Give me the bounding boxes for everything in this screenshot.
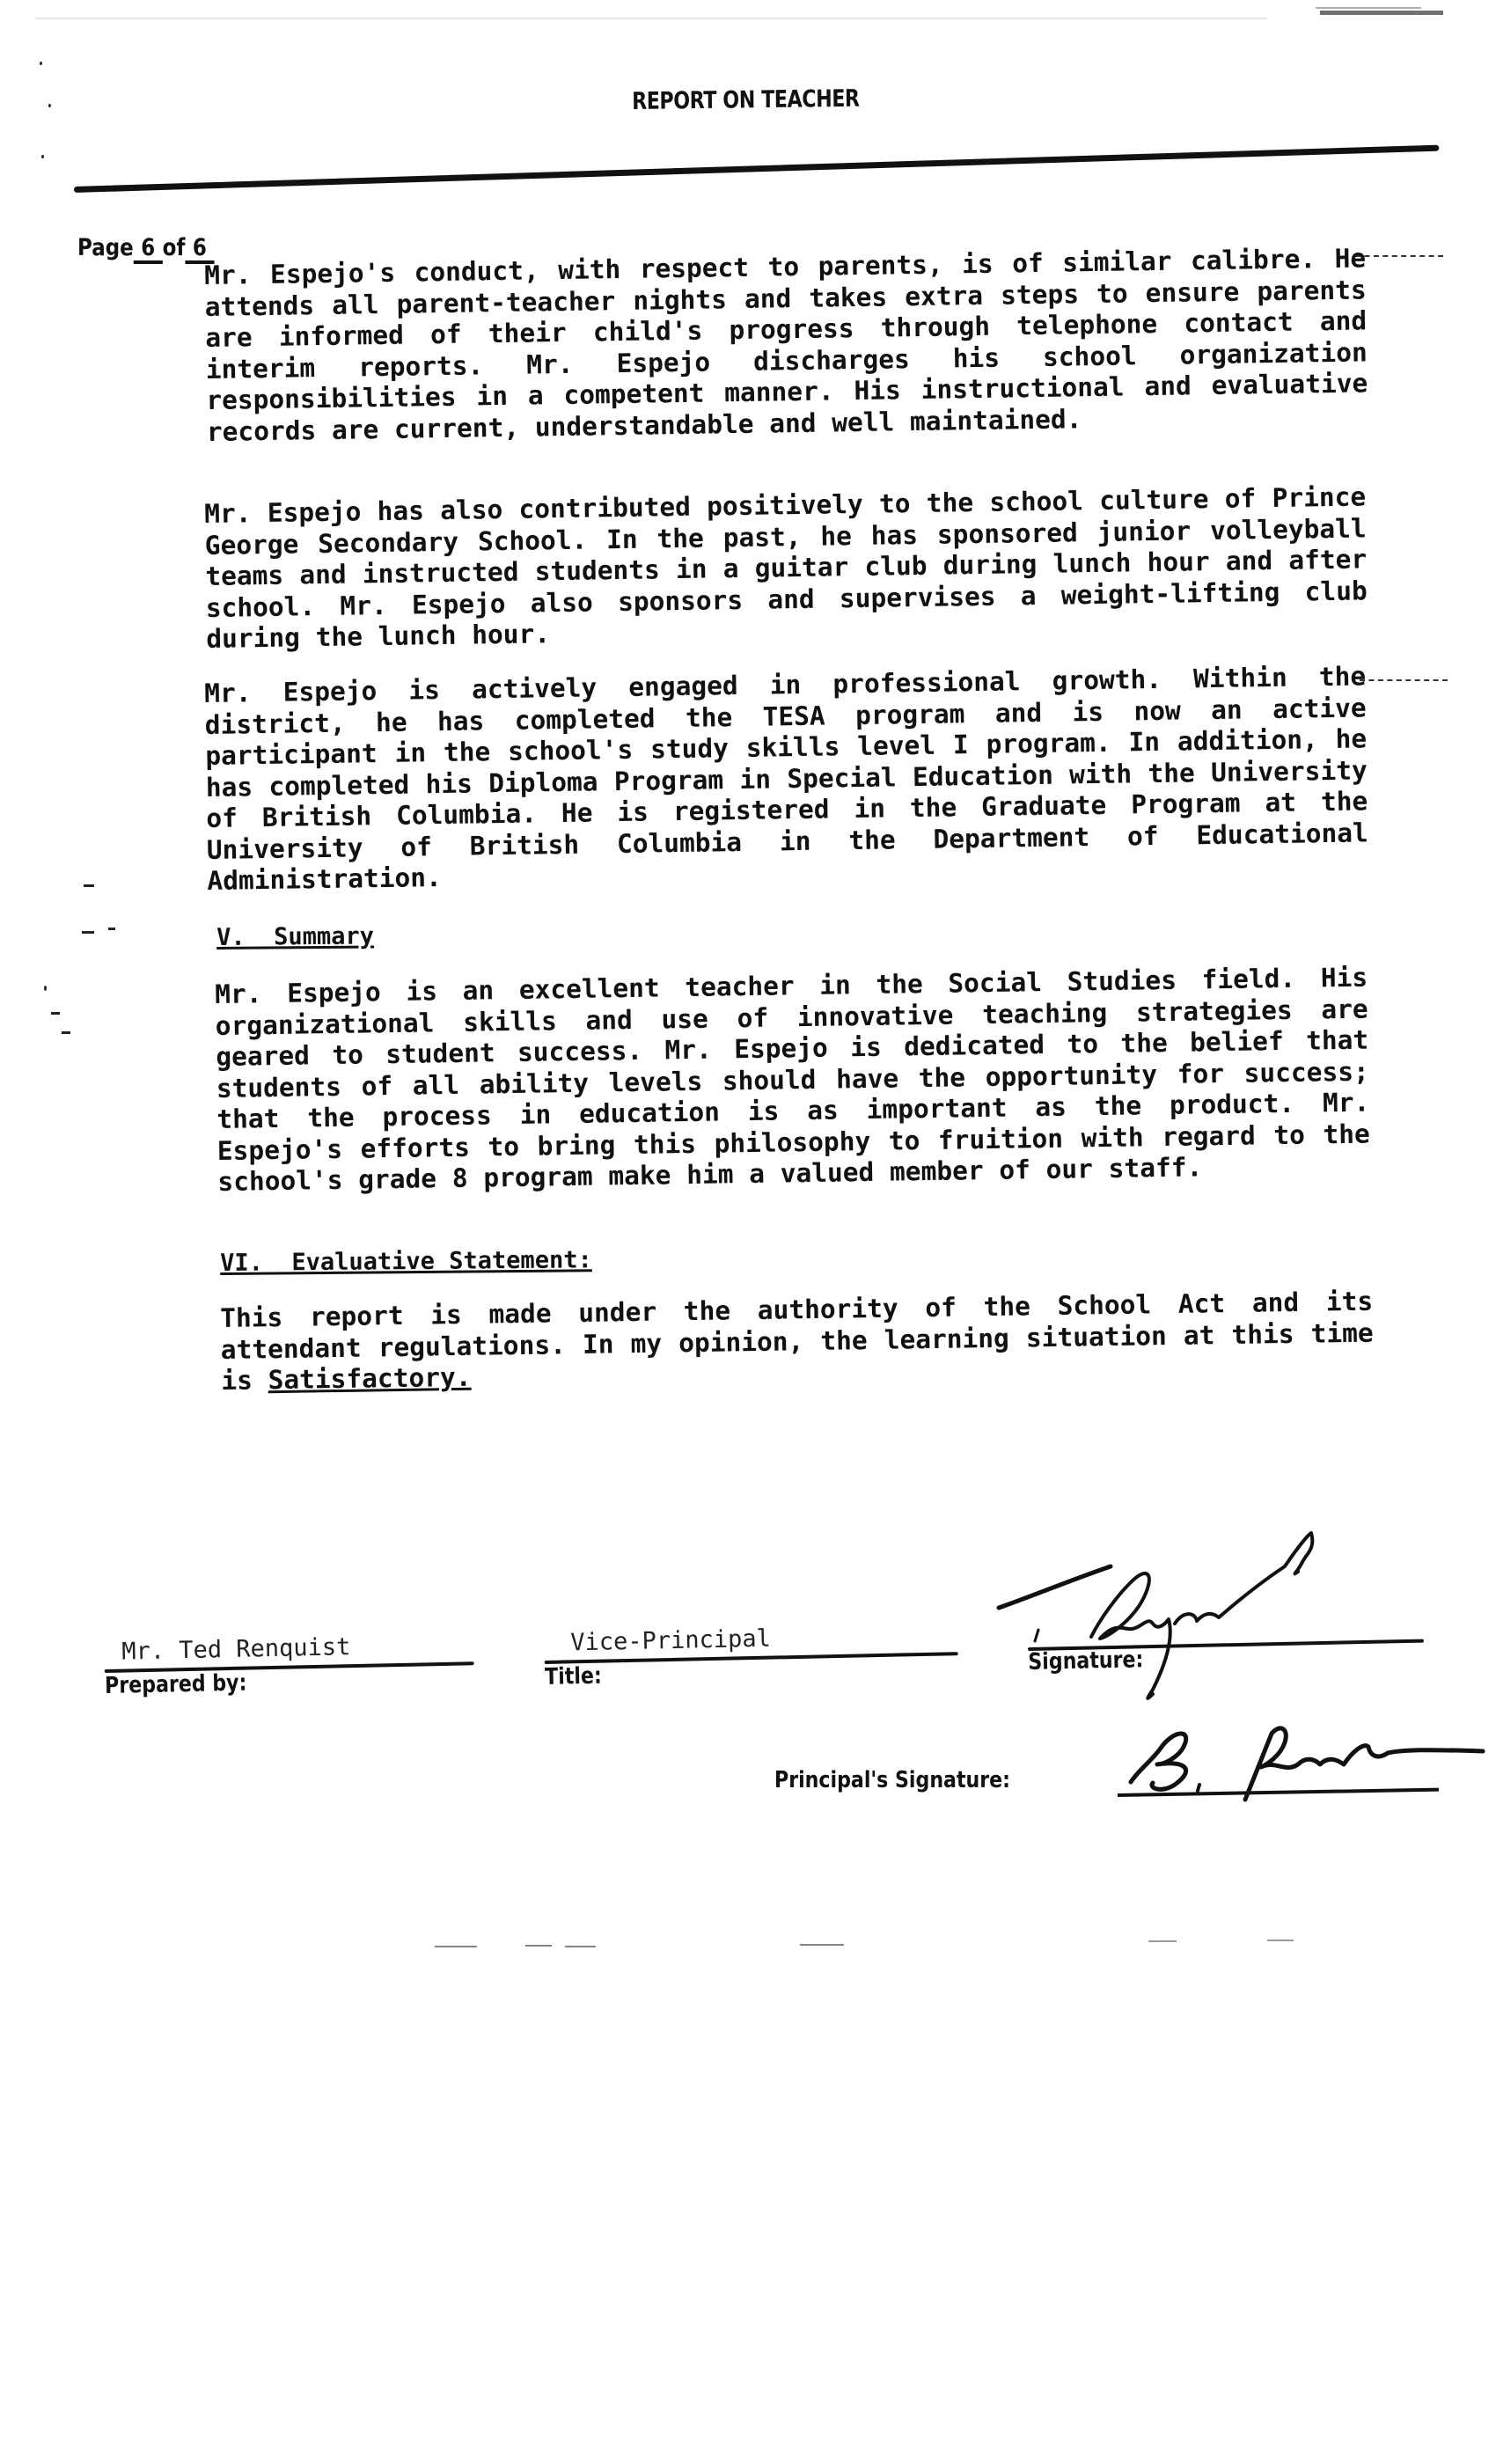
prepared-by-label: Prepared by:: [105, 1667, 420, 1699]
section-body-summary: Mr. Espejo is an excellent teacher in th…: [215, 963, 1371, 1199]
paragraph-school-culture: Mr. Espejo has also contributed positive…: [204, 481, 1368, 655]
paragraph-text: Mr. Espejo is an excellent teacher in th…: [215, 963, 1371, 1199]
paragraph-parents: Mr. Espejo's conduct, with respect to pa…: [204, 243, 1368, 448]
scan-noise: [1148, 1940, 1177, 1942]
margin-mark: [51, 1012, 60, 1015]
section-body-evaluative: This report is made under the authority …: [220, 1287, 1374, 1397]
prepared-by-field: Mr. Ted Renquist Prepared by:: [104, 1631, 474, 1699]
page-of-label: of: [163, 234, 186, 261]
header-rule: [74, 145, 1439, 193]
page-current: 6: [134, 236, 163, 264]
section-heading-evaluative: VI. Evaluative Statement:: [220, 1246, 592, 1277]
margin-mark: [40, 62, 42, 65]
scan-noise: [800, 1944, 844, 1946]
paragraph-professional-growth: Mr. Espejo is actively engaged in profes…: [204, 661, 1369, 897]
margin-mark: [48, 104, 51, 107]
scan-noise: [435, 1946, 477, 1947]
scan-noise: [525, 1945, 552, 1947]
section-heading-summary: V. Summary: [216, 922, 374, 951]
page-indicator: Page6of6: [77, 234, 214, 264]
vice-principal-signature-icon: [968, 1514, 1426, 1716]
scan-noise: [1320, 11, 1443, 15]
principal-signature-label: Principal's Signature:: [774, 1767, 1010, 1793]
scan-noise: [1316, 7, 1421, 9]
margin-mark: [84, 884, 94, 887]
margin-mark: [108, 928, 115, 930]
paragraph-text: Mr. Espejo has also contributed positive…: [204, 481, 1368, 655]
prepared-by-value: Mr. Ted Renquist: [104, 1631, 474, 1666]
paragraph-text: Mr. Espejo is actively engaged in profes…: [204, 661, 1369, 897]
margin-mark: [44, 986, 47, 991]
scan-noise: [1267, 1940, 1294, 1941]
title-field: Vice-Principal Title:: [544, 1621, 958, 1690]
strike-line: [1355, 255, 1443, 257]
principal-signature-icon: [1113, 1716, 1496, 1804]
margin-mark: [62, 1031, 70, 1034]
title-value: Vice-Principal: [544, 1621, 958, 1657]
margin-mark: [82, 931, 94, 934]
scan-noise: [565, 1946, 596, 1947]
page-label: Page: [77, 234, 134, 261]
margin-mark: [41, 155, 44, 158]
rating-value: Satisfactory.: [268, 1362, 471, 1395]
document-title: REPORT ON TEACHER: [632, 85, 860, 115]
scan-noise: [35, 18, 1267, 19]
strike-line: [1360, 679, 1448, 681]
paragraph-text: Mr. Espejo's conduct, with respect to pa…: [204, 243, 1368, 448]
